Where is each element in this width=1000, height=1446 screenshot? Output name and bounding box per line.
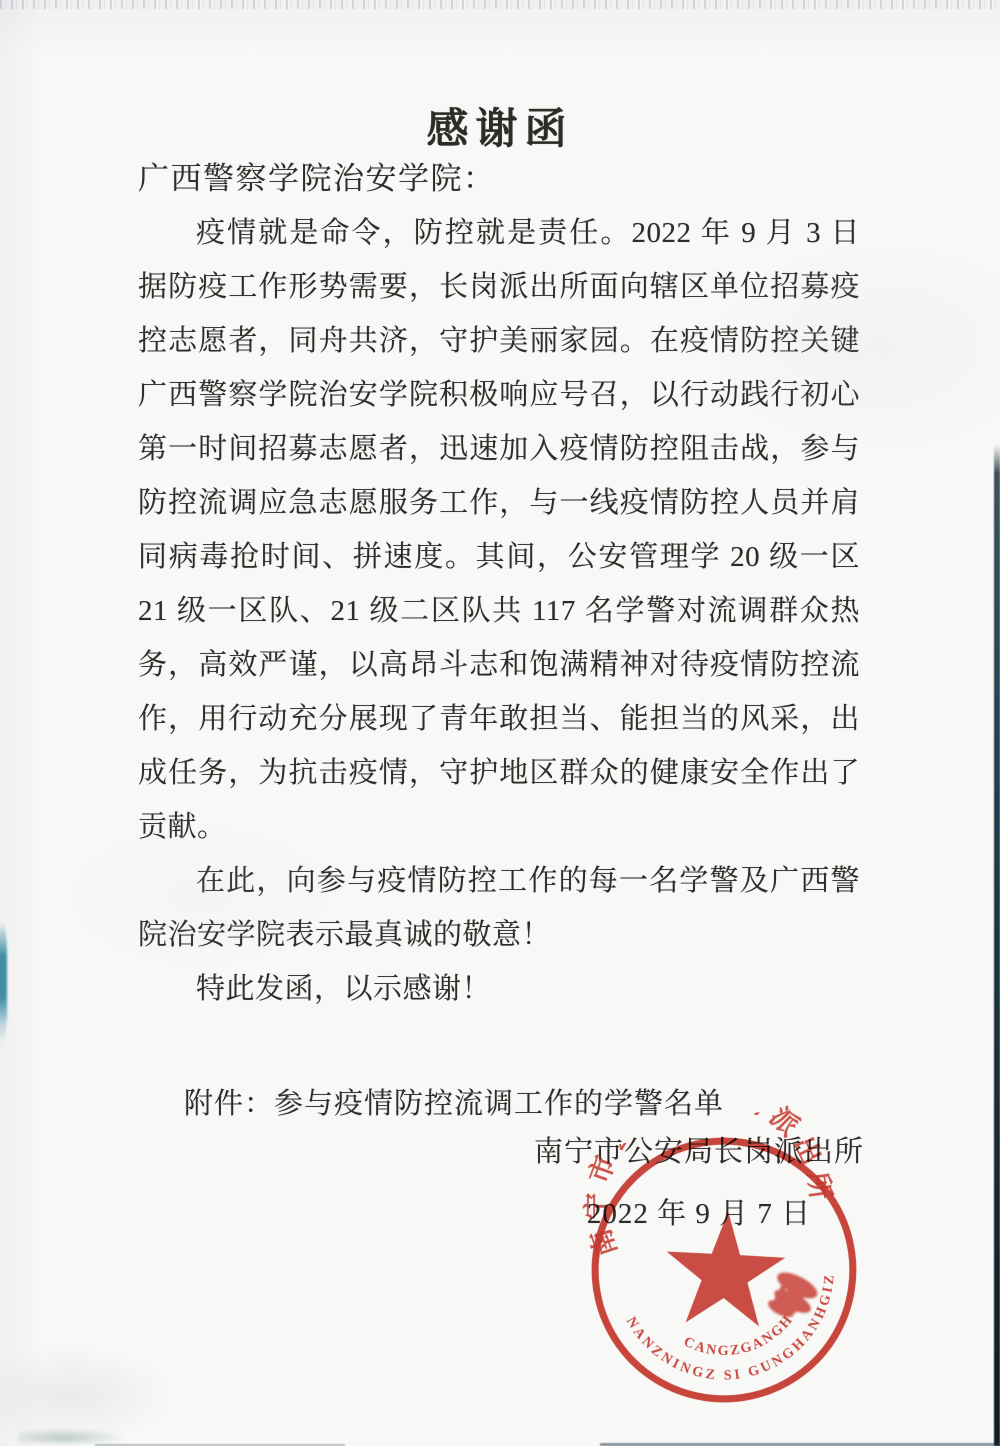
- letter-body: 疫情就是命令，防控就是责任。2022 年 9 月 3 日起，根据防疫工作形势需要…: [138, 206, 860, 1016]
- scan-noise-top-edge: [0, 0, 1000, 9]
- body-line: 第一时间招募志愿者，迅速加入疫情防控阻击战，参与疫情: [138, 422, 860, 476]
- body-paragraph: 特此发函，以示感谢！: [138, 962, 860, 1016]
- body-line: 务，高效严谨，以高昂斗志和饱满精神对待疫情防控流调工: [138, 638, 860, 692]
- body-line: 疫情就是命令，防控就是责任。2022 年 9 月 3 日起，根: [138, 206, 860, 260]
- body-line: 成任务，为抗击疫情，守护地区群众的健康安全作出了积极: [138, 746, 860, 800]
- scanned-letter-page: 感谢函 广西警察学院治安学院： 疫情就是命令，防控就是责任。2022 年 9 月…: [0, 0, 1000, 1446]
- body-line: 21 级一区队、21 级二区队共 117 名学警对流调群众热情服: [138, 584, 860, 638]
- body-line: 防控流调应急志愿服务工作，与一线疫情防控人员并肩作战，: [138, 476, 860, 530]
- scan-navy-strip-right-edge: [994, 445, 1000, 1446]
- seal-star: [663, 1208, 788, 1327]
- body-paragraph: 疫情就是命令，防控就是责任。2022 年 9 月 3 日起，根据防疫工作形势需要…: [138, 206, 860, 854]
- letter-title: 感谢函: [0, 96, 1000, 156]
- body-line: 贡献。: [138, 800, 860, 854]
- scan-teal-streak-left-edge: [0, 922, 7, 1044]
- salutation: 广西警察学院治安学院：: [138, 153, 496, 198]
- body-paragraph: 在此，向参与疫情防控工作的每一名学警及广西警察学院治安学院表示最真诚的敬意！: [138, 854, 860, 962]
- body-line: 据防疫工作形势需要，长岗派出所面向辖区单位招募疫情防: [138, 260, 860, 314]
- body-line: 同病毒抢时间、拼速度。其间，公安管理学 20 级一区队、: [138, 530, 860, 584]
- body-line: 院治安学院表示最真诚的敬意！: [138, 908, 860, 962]
- body-line: 作，用行动充分展现了青年敢担当、能担当的风采，出色完: [138, 692, 860, 746]
- scan-smudge-bottom-left: [18, 1428, 128, 1444]
- body-line: 特此发函，以示感谢！: [138, 962, 860, 1016]
- body-line: 广西警察学院治安学院积极响应号召，以行动践行初心使命，: [138, 368, 860, 422]
- body-line: 在此，向参与疫情防控工作的每一名学警及广西警察学: [138, 854, 860, 908]
- body-line: 控志愿者，同舟共济，守护美丽家园。在疫情防控关键时期，: [138, 314, 860, 368]
